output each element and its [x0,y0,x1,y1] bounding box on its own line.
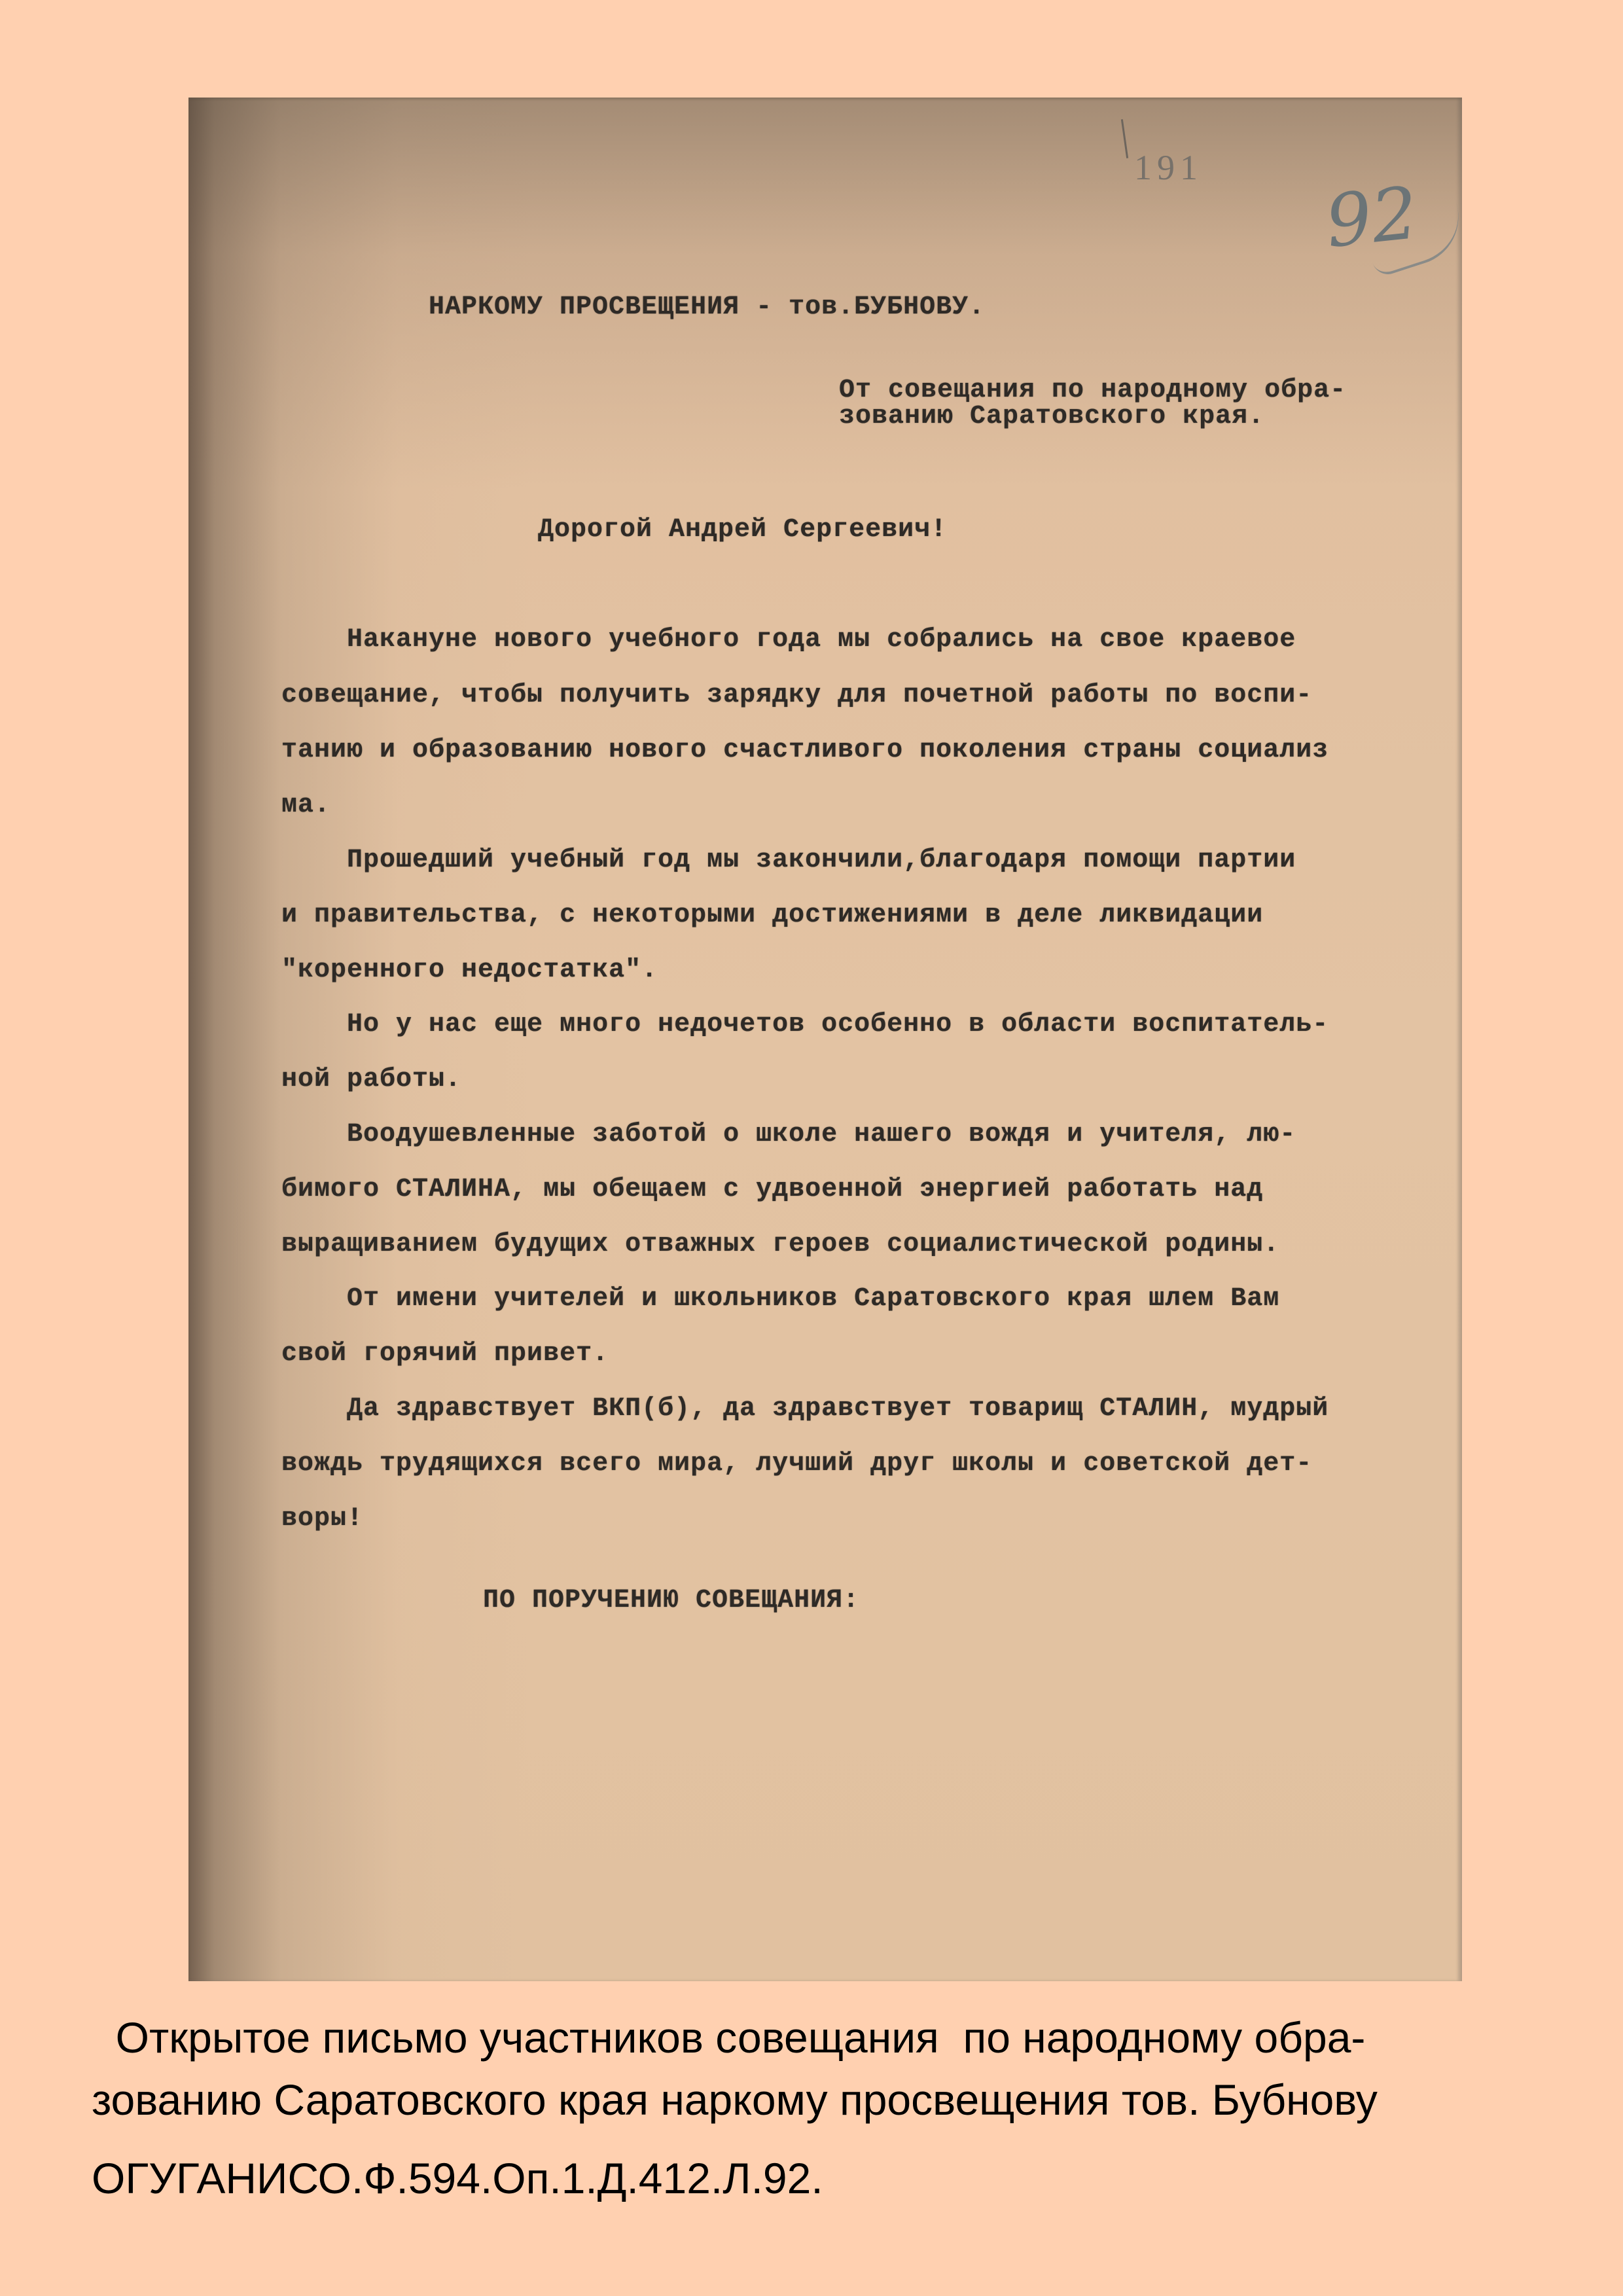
body-line: "коренного недостатка". [281,956,658,985]
body-line: ма. [281,791,330,820]
signature-line: ПО ПОРУЧЕНИЮ СОВЕЩАНИЯ: [483,1586,859,1615]
body-line: и правительства, с некоторыми достижения… [281,901,1263,930]
sender-line-2: зованию Саратовского края. [839,402,1264,431]
body-line: Но у нас еще много недочетов особенно в … [281,1010,1329,1039]
addressee-line: НАРКОМУ ПРОСВЕЩЕНИЯ - тов.БУБНОВУ. [429,293,985,322]
body-line: Накануне нового учебного года мы собрали… [281,625,1296,655]
body-line: Воодушевленные заботой о школе нашего во… [281,1120,1296,1149]
body-line: От имени учителей и школьников Саратовск… [281,1284,1279,1314]
body-line: выращиванием будущих отважных героев соц… [281,1230,1279,1259]
archive-stamp-number: 191 [1134,147,1203,188]
caption-line-2: зованию Саратовского края наркому просве… [92,2075,1378,2125]
body-line: ной работы. [281,1065,461,1094]
salutation: Дорогой Андрей Сергеевич! [538,515,947,545]
body-line: совещание, чтобы получить зарядку для по… [281,681,1312,710]
body-line: свой горячий привет. [281,1339,609,1369]
sender-line-1: От совещания по народному обра- [839,376,1346,405]
archive-reference: ОГУГАНИСО.Ф.594.Оп.1.Д.412.Л.92. [92,2153,823,2203]
body-line: Да здравствует ВКП(б), да здравствует то… [281,1394,1329,1424]
body-line: вождь трудящихся всего мира, лучший друг… [281,1449,1312,1479]
body-line: воры! [281,1504,363,1534]
body-line: танию и образованию нового счастливого п… [281,736,1329,765]
body-line: Прошедший учебный год мы закончили,благо… [281,846,1296,875]
body-line: бимого СТАЛИНА, мы обещаем с удвоенной э… [281,1175,1263,1204]
caption-line-1: Открытое письмо участников совещания по … [92,2013,1365,2062]
